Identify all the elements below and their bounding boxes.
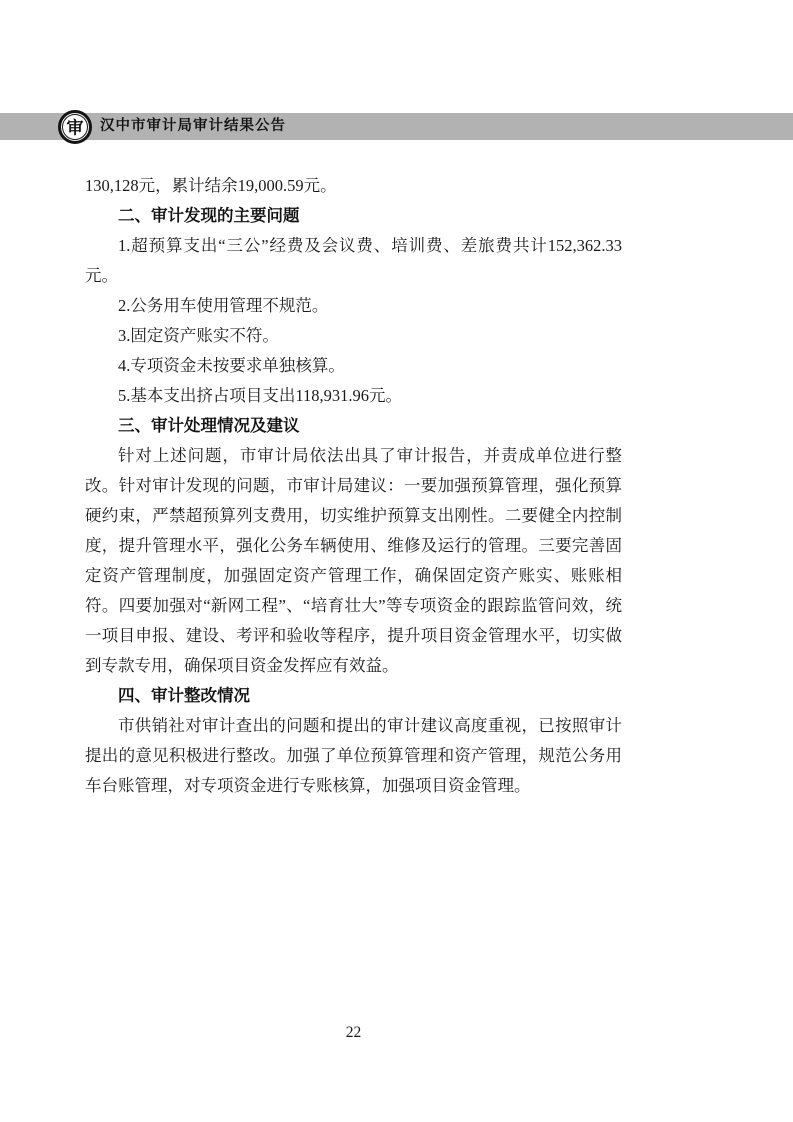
section-heading-handling: 三、审计处理情况及建议 xyxy=(85,411,622,441)
handling-paragraph: 针对上述问题，市审计局依法出具了审计报告，并责成单位进行整改。针对审计发现的问题… xyxy=(85,441,622,681)
finding-item-2: 2.公务用车使用管理不规范。 xyxy=(85,291,622,321)
section-heading-rectification: 四、审计整改情况 xyxy=(85,681,622,711)
header-title: 汉中市审计局审计结果公告 xyxy=(100,113,286,140)
finding-item-3: 3.固定资产账实不符。 xyxy=(85,321,622,351)
finding-item-1: 1.超预算支出“三公”经费及会议费、培训费、差旅费共计152,362.33元。 xyxy=(85,231,622,291)
page-number: 22 xyxy=(346,1024,362,1041)
audit-seal-character: 审 xyxy=(67,119,84,136)
finding-item-5: 5.基本支出挤占项目支出118,931.96元。 xyxy=(85,381,622,411)
rectification-paragraph: 市供销社对审计查出的问题和提出的审计建议高度重视，已按照审计提出的意见积极进行整… xyxy=(85,711,622,801)
finding-item-4: 4.专项资金未按要求单独核算。 xyxy=(85,351,622,381)
document-page: 审 汉中市审计局审计结果公告 130,128元，累计结余19,000.59元。 … xyxy=(0,0,793,1122)
document-body: 130,128元，累计结余19,000.59元。 二、审计发现的主要问题 1.超… xyxy=(85,171,622,801)
audit-seal-icon: 审 xyxy=(58,110,92,144)
section-heading-findings: 二、审计发现的主要问题 xyxy=(85,201,622,231)
page-footer: 22 xyxy=(85,1024,622,1042)
paragraph-continuation: 130,128元，累计结余19,000.59元。 xyxy=(85,171,622,201)
